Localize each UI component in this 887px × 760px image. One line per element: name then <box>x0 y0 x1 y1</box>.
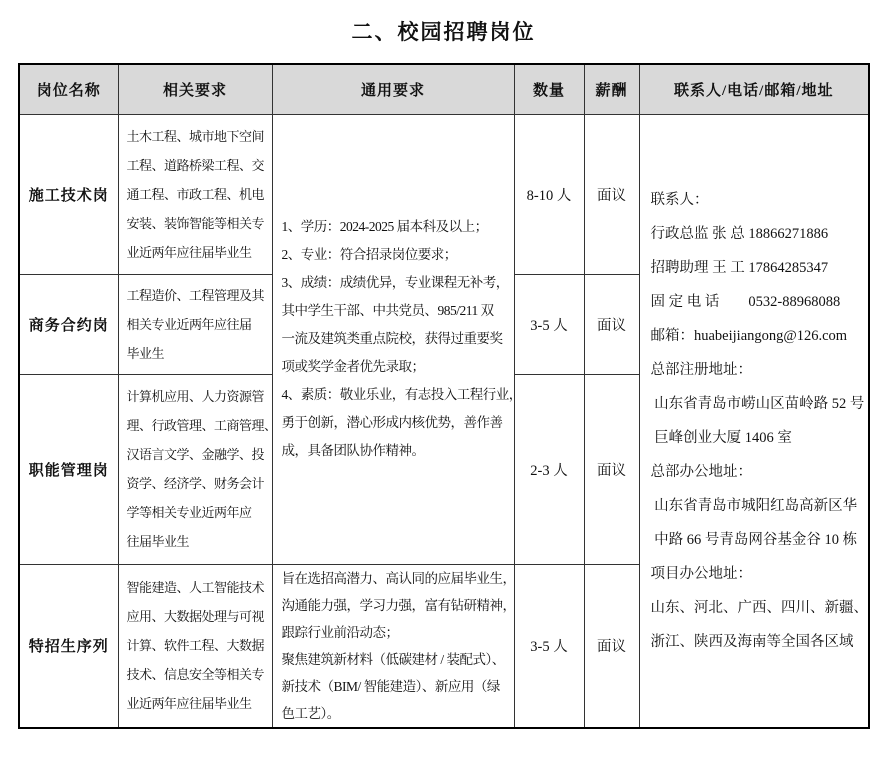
requirements-cell: 工程造价、工程管理及其 相关专业近两年应往届 毕业生 <box>118 274 272 374</box>
header-salary: 薪酬 <box>584 64 639 114</box>
general-requirements-special-cell: 旨在选招高潜力、高认同的应届毕业生， 沟通能力强，学习力强，富有钻研精神， 跟踪… <box>272 564 514 728</box>
requirements-cell: 智能建造、人工智能技术 应用、大数据处理与可视 计算、软件工程、大数据 技术、信… <box>118 564 272 728</box>
count-cell: 8-10 人 <box>514 114 584 274</box>
requirements-cell: 计算机应用、人力资源管 理、行政管理、工商管理、 汉语言文学、金融学、投 资学、… <box>118 374 272 564</box>
header-position-name: 岗位名称 <box>19 64 118 114</box>
position-cell: 商务合约岗 <box>19 274 118 374</box>
table-header-row: 岗位名称 相关要求 通用要求 数量 薪酬 联系人/电话/邮箱/地址 <box>19 64 869 114</box>
header-contact: 联系人/电话/邮箱/地址 <box>639 64 869 114</box>
salary-cell: 面议 <box>584 564 639 728</box>
table-row-construction: 施工技术岗 土木工程、城市地下空间 工程、道路桥梁工程、交 通工程、市政工程、机… <box>19 114 869 274</box>
count-cell: 2-3 人 <box>514 374 584 564</box>
salary-cell: 面议 <box>584 274 639 374</box>
requirements-cell: 土木工程、城市地下空间 工程、道路桥梁工程、交 通工程、市政工程、机电 安装、装… <box>118 114 272 274</box>
document-page: 二、校园招聘岗位 岗位名称 相关要求 通用要求 数量 薪酬 联系人/电话/邮箱/… <box>0 0 887 760</box>
header-count: 数量 <box>514 64 584 114</box>
count-cell: 3-5 人 <box>514 564 584 728</box>
contact-cell: 联系人： 行政总监 张 总 18866271886 招聘助理 王 工 17864… <box>639 114 869 728</box>
salary-cell: 面议 <box>584 114 639 274</box>
page-title: 二、校园招聘岗位 <box>0 16 887 46</box>
salary-cell: 面议 <box>584 374 639 564</box>
position-cell: 特招生序列 <box>19 564 118 728</box>
position-cell: 施工技术岗 <box>19 114 118 274</box>
recruitment-table: 岗位名称 相关要求 通用要求 数量 薪酬 联系人/电话/邮箱/地址 施工技术岗 … <box>18 63 870 729</box>
general-requirements-cell: 1、学历：2024-2025 届本科及以上； 2、专业：符合招录岗位要求； 3、… <box>272 114 514 564</box>
count-cell: 3-5 人 <box>514 274 584 374</box>
header-related-requirements: 相关要求 <box>118 64 272 114</box>
position-cell: 职能管理岗 <box>19 374 118 564</box>
header-general-requirements: 通用要求 <box>272 64 514 114</box>
